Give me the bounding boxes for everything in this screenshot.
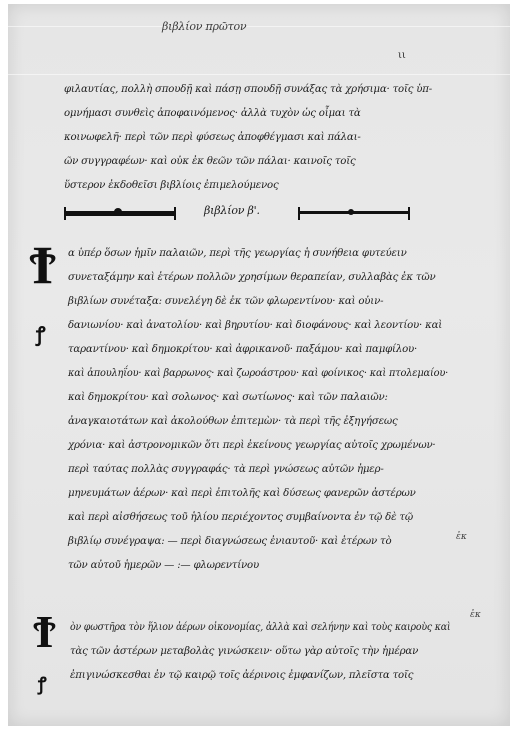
manuscript-line: τὰς τῶν ἀστέρων μεταβολὰς γινώσκειν· οὕτ… <box>70 646 418 657</box>
manuscript-line: φιλαυτίας, πολλὴ σπουδῇ καὶ πάσῃ σπουδῇ … <box>64 84 432 95</box>
manuscript-line: ἀναγκαιοτάτων καὶ ἀκολούθων ἐπιτεμὼν· τὰ… <box>68 416 397 427</box>
crease-line <box>8 74 510 75</box>
manuscript-line: δανιωνίου· καὶ ἀνατολίου· καὶ βηρυτίου· … <box>68 320 442 331</box>
manuscript-page: βιβλίον πρῶτον ιι φιλαυτίας, πολλὴ σπουδ… <box>8 4 510 726</box>
manuscript-line: καὶ δημοκρίτου· καὶ σολωνος· καὶ σωτίωνο… <box>68 392 388 403</box>
header-title: βιβλίον πρῶτον <box>162 20 246 33</box>
decorated-initial-tau: Ϯ <box>32 604 57 658</box>
crease-line <box>8 26 510 27</box>
manuscript-line: ὕστερον ἐκδοθεῖσι βιβλίοις ἐπιμελούμενος <box>64 180 278 191</box>
section-heading: βιβλίον β'. <box>204 204 260 217</box>
initial-flourish: ꝭ <box>38 672 47 696</box>
initial-flourish: ꝭ <box>36 320 45 347</box>
marginal-note: ἐκ <box>470 610 481 620</box>
manuscript-line: ταραντίνου· καὶ δημοκρίτου· καὶ ἀφρικανο… <box>68 344 417 355</box>
manuscript-line: ομνήμασι συνθεὶς ἀποφαινόμενος· ἀλλὰ τυχ… <box>64 108 361 119</box>
decorated-initial-tau: Ϯ <box>28 232 57 296</box>
manuscript-line: καὶ περὶ αἰσθήσεως τοῦ ἡλίου περιέχοντος… <box>68 512 413 523</box>
decorative-rule-left <box>64 211 176 216</box>
folio-mark: ιι <box>398 50 406 61</box>
manuscript-line: μηνευμάτων ἀέρων· καὶ περὶ ἐπιτολῆς καὶ … <box>68 488 416 499</box>
manuscript-line: περὶ ταύτας πολλὰς συγγραφάς· τὰ περὶ γν… <box>68 464 384 475</box>
manuscript-line: κοινωφελῆ· περὶ τῶν περὶ φύσεως ἀποφθέγμ… <box>64 132 361 143</box>
marginal-note: ἐκ <box>456 532 467 542</box>
manuscript-line: α ὑπέρ ὅσων ἡμῖν παλαιῶν, περὶ τῆς γεωργ… <box>68 248 407 259</box>
manuscript-line: ὸν φωστῆρα τὸν ἥλιον ἀέρων οἰκονομίας, ἀ… <box>70 622 450 633</box>
decorative-rule-right <box>298 211 410 214</box>
manuscript-line: συνεταξάμην καὶ ἑτέρων πολλῶν χρησίμων θ… <box>68 272 435 283</box>
manuscript-line: βιβλίων συνέταξα: συνελέγη δὲ ἐκ τῶν φλω… <box>68 296 383 307</box>
manuscript-line: τῶν αὐτοῦ ἡμερῶν — :— φλωρεντίνου <box>68 560 259 571</box>
manuscript-line: ῶν συγγραφέων· καὶ οὐκ ἐκ θεῶν τῶν πάλαι… <box>64 156 356 167</box>
manuscript-line: ἐπιγινώσκεσθαι ἐν τῷ καιρῷ τοῖς ἀέρινοις… <box>70 670 413 681</box>
manuscript-line: βιβλίῳ συνέγραψα: — περὶ διαγνώσεως ἐνια… <box>68 536 391 547</box>
manuscript-line: χρόνια· καὶ ἀστρονομικῶν ὅτι περὶ ἐκείνο… <box>68 440 435 451</box>
manuscript-line: καὶ ἀπουληΐου· καὶ βαρρωνος· καὶ ζωροάστ… <box>68 368 448 379</box>
